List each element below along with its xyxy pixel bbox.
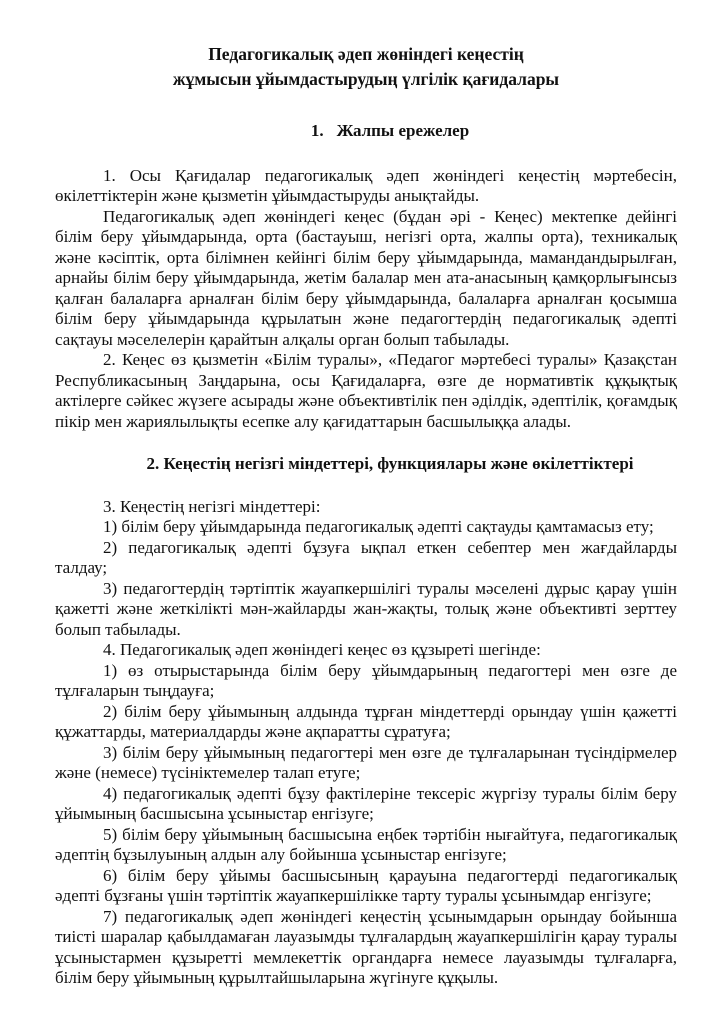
paragraph-2: Педагогикалық әдеп жөніндегі кеңес (бұда… (55, 207, 677, 351)
section-1-heading-text: Жалпы ережелер (337, 121, 470, 140)
section-1-body: 1. Осы Қағидалар педагогикалық әдеп жөні… (55, 166, 677, 433)
paragraph-9: 1) өз отырыстарында білім беру ұйымдарын… (55, 661, 677, 702)
paragraph-11: 3) білім беру ұйымының педагогтері мен ө… (55, 743, 677, 784)
document-title-line-1: Педагогикалық әдеп жөніндегі кеңестің (55, 42, 677, 67)
paragraph-15: 7) педагогикалық әдеп жөніндегі кеңестің… (55, 907, 677, 989)
paragraph-1: 1. Осы Қағидалар педагогикалық әдеп жөні… (55, 166, 677, 207)
paragraph-12: 4) педагогикалық әдепті бұзу фактілеріне… (55, 784, 677, 825)
paragraph-4: 3. Кеңестің негізгі міндеттері: (55, 497, 677, 518)
paragraph-14: 6) білім беру ұйымы басшысының қарауына … (55, 866, 677, 907)
section-2-heading-number: 2. (147, 454, 160, 473)
paragraph-8: 4. Педагогикалық әдеп жөніндегі кеңес өз… (55, 640, 677, 661)
section-1-heading-number: 1. (311, 121, 324, 140)
paragraph-10: 2) білім беру ұйымының алдында тұрған мі… (55, 702, 677, 743)
section-2-heading: 2. Кеңестің негізгі міндеттері, функциял… (55, 454, 677, 475)
section-2-heading-text: Кеңестің негізгі міндеттері, функциялары… (164, 454, 634, 473)
paragraph-13: 5) білім беру ұйымының басшысына еңбек т… (55, 825, 677, 866)
paragraph-5: 1) білім беру ұйымдарында педагогикалық … (55, 517, 677, 538)
paragraph-3: 2. Кеңес өз қызметін «Білім туралы», «Пе… (55, 350, 677, 432)
section-2-body: 3. Кеңестің негізгі міндеттері: 1) білім… (55, 497, 677, 989)
document-title-line-2: жұмысын ұйымдастырудың үлгілік қағидалар… (55, 67, 677, 92)
section-1-heading: 1.Жалпы ережелер (55, 121, 677, 142)
paragraph-7: 3) педагогтердің тәртіптік жауапкершіліг… (55, 579, 677, 641)
paragraph-6: 2) педагогикалық әдепті бұзуға ықпал етк… (55, 538, 677, 579)
document-title: Педагогикалық әдеп жөніндегі кеңестің жұ… (55, 42, 677, 92)
document-page: Педагогикалық әдеп жөніндегі кеңестің жұ… (0, 0, 724, 1024)
